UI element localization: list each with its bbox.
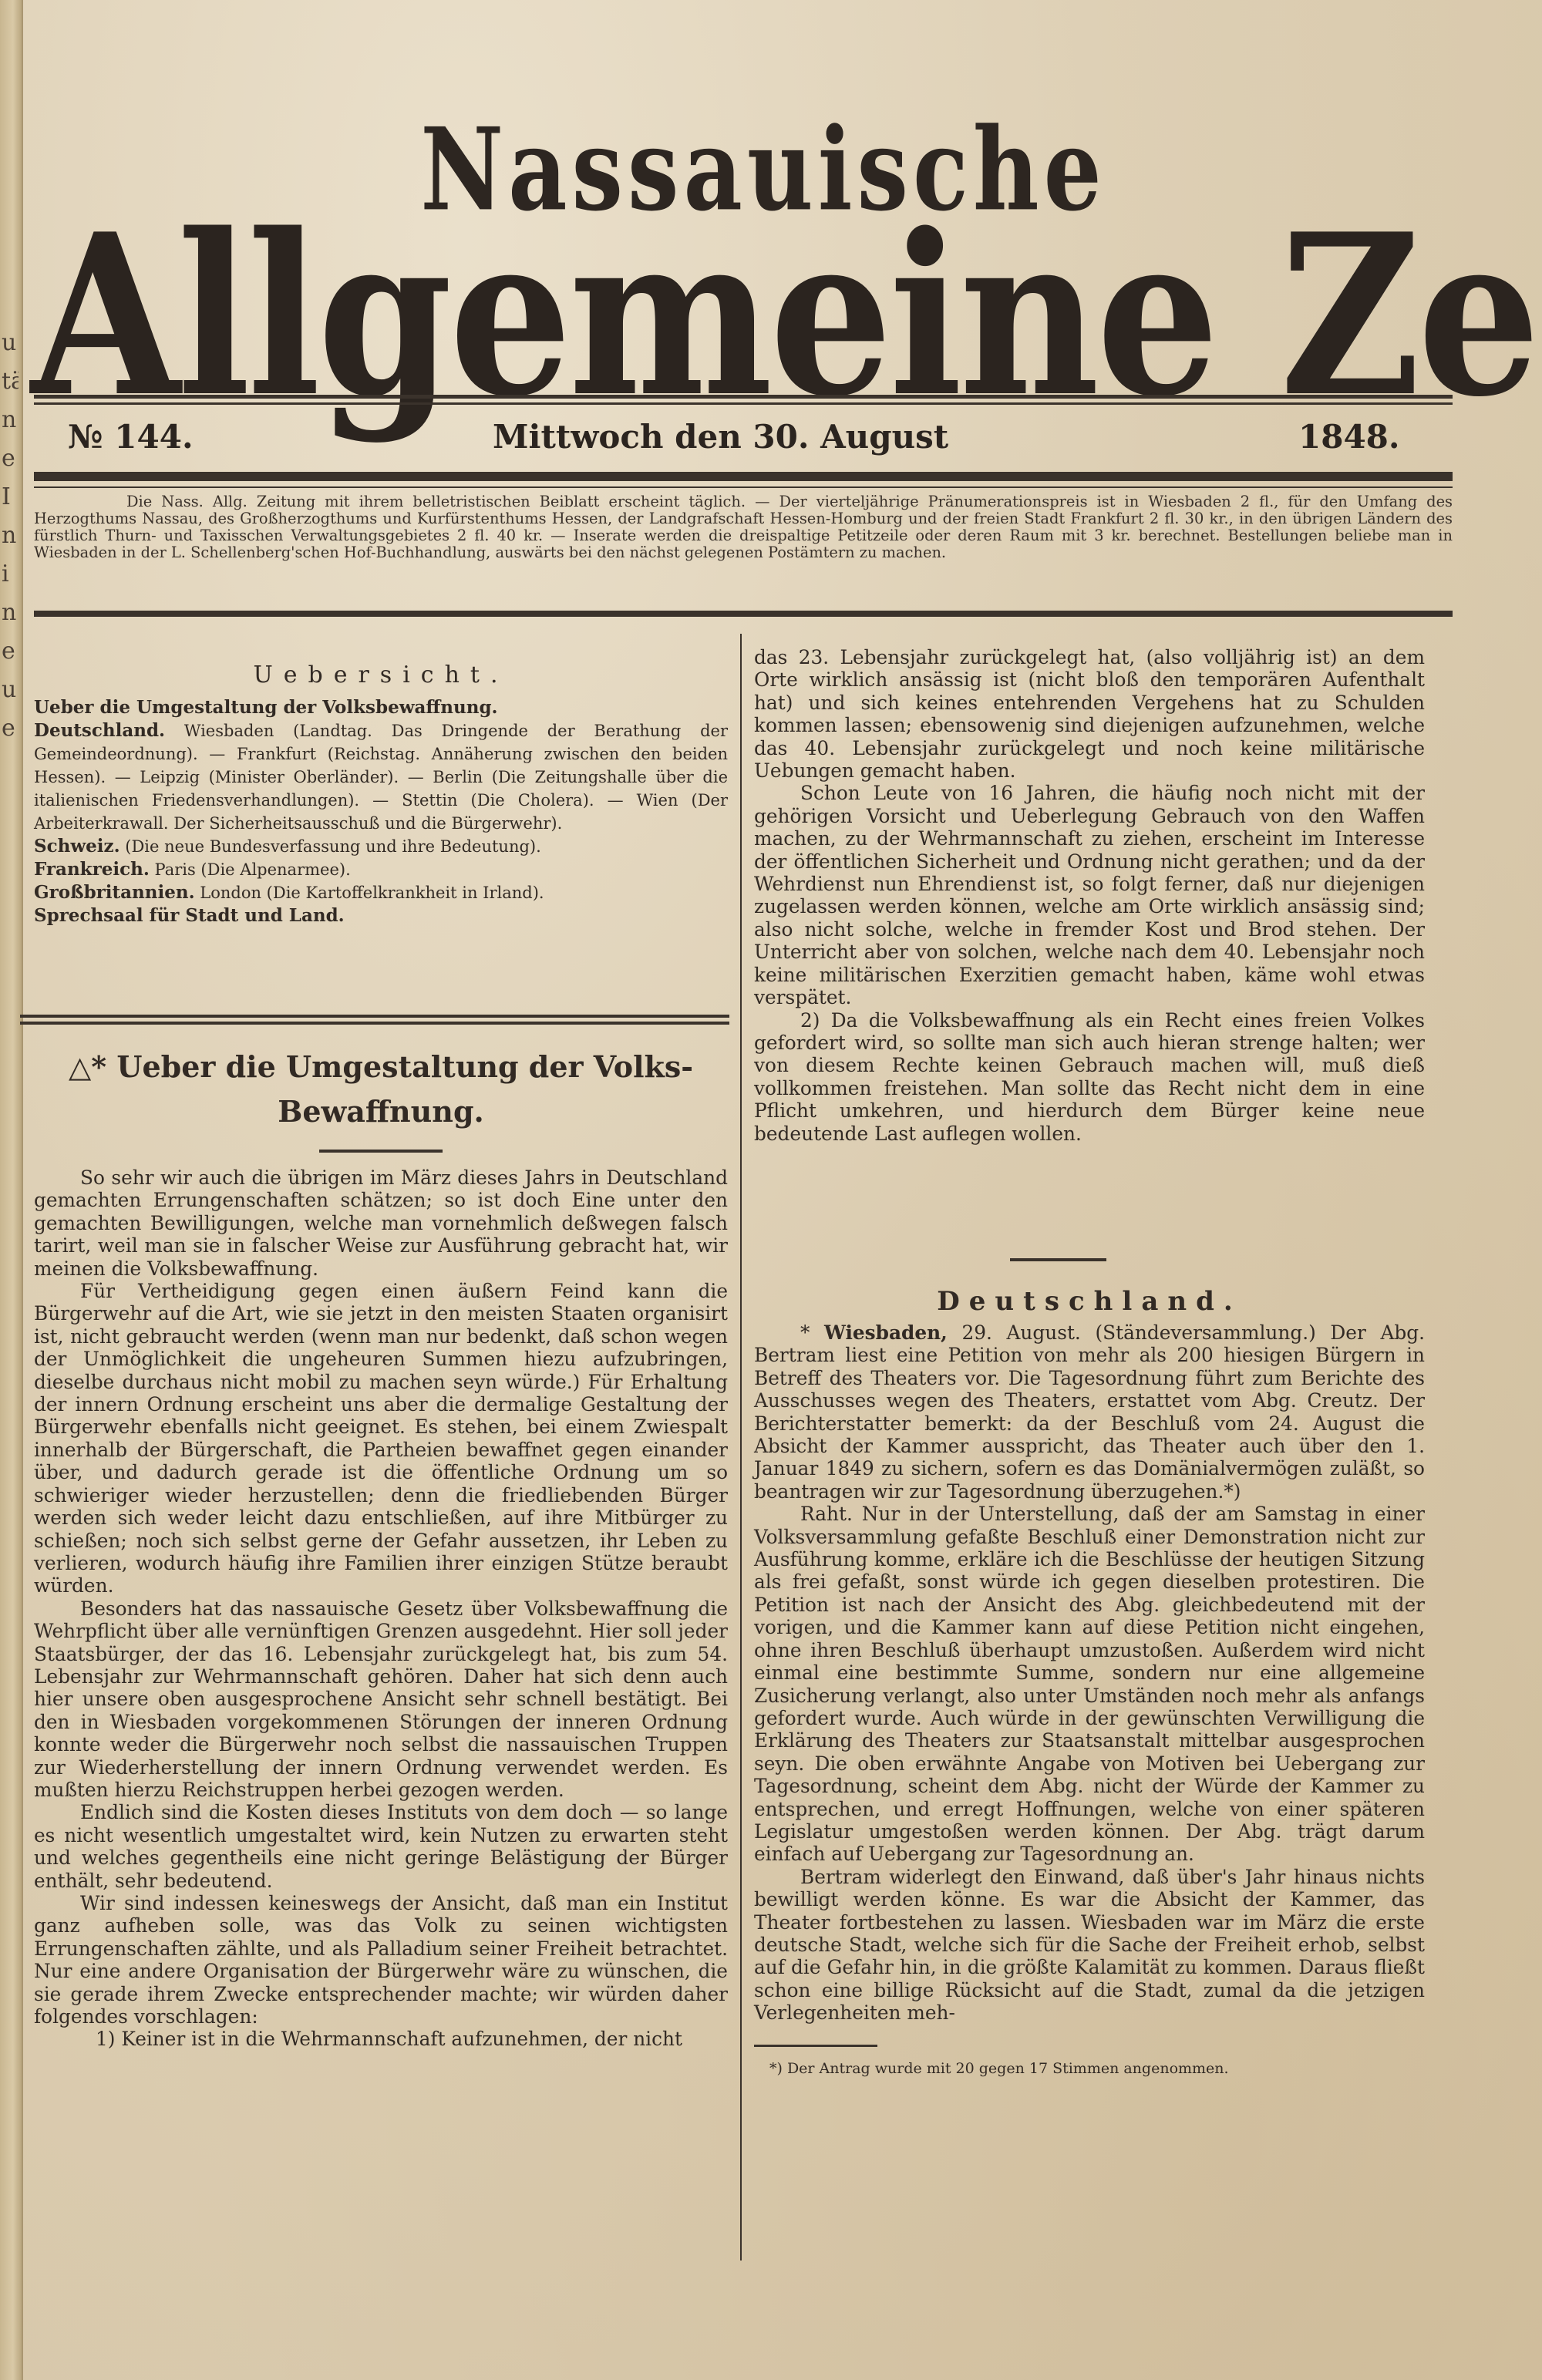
overview-item: Schweiz. (Die neue Bundesverfassung und … [34,835,728,858]
issue-rule-thick [34,472,1453,481]
footnote-rule [754,2045,877,2047]
article-paragraph: 1) Keiner ist in die Wehrmannschaft aufz… [34,2028,728,2050]
overview-item: Sprechsaal für Stadt und Land. [34,904,728,927]
news-paragraph: Bertram widerlegt den Einwand, daß über'… [754,1866,1425,2025]
issue-rule-thin [34,486,1453,488]
footnote: *) Der Antrag wurde mit 20 gegen 17 Stim… [754,2059,1425,2078]
news-paragraph: Raht. Nur in der Unterstellung, daß der … [754,1503,1425,1866]
continuation-end-rule [1010,1258,1106,1261]
article-title: △* Ueber die Umgestaltung der Volks-Bewa… [34,1045,728,1134]
overview-item: Großbritannien. London (Die Kartoffelkra… [34,881,728,904]
article-title-text: Ueber die Umgestaltung der Volks-Bewaffn… [116,1049,693,1129]
issue-line: № 144. Mittwoch den 30. August 1848. [34,418,1422,464]
article-paragraph: das 23. Lebensjahr zurückgelegt hat, (al… [754,646,1425,782]
overview-title: Uebersicht. [34,661,728,688]
article-paragraph: Schon Leute von 16 Jahren, die häufig no… [754,782,1425,1008]
section-title: Deutschland. [754,1286,1425,1317]
news-paragraph: * Wiesbaden, 29. August. (Ständeversamml… [754,1321,1425,1503]
article-paragraph: 2) Da die Volksbewaffnung als ein Recht … [754,1009,1425,1145]
article-paragraph: Besonders hat das nassauische Gesetz übe… [34,1597,728,1802]
column-divider [740,634,742,2260]
overview-box: Uebersicht. Ueber die Umgestaltung der V… [34,661,728,927]
issue-date: Mittwoch den 30. August [493,418,948,456]
overview-rule-bottom [20,1022,729,1025]
article-paragraph: Endlich sind die Kosten dieses Instituts… [34,1801,728,1892]
issue-year: 1848. [1298,418,1400,456]
triangle-marker-icon: △* [69,1049,106,1084]
lead-article: △* Ueber die Umgestaltung der Volks-Bewa… [34,1045,728,2051]
dateline-marker: * [800,1321,810,1344]
overview-item: Frankreich. Paris (Die Alpenarmee). [34,858,728,881]
article-body: So sehr wir auch die übrigen im März die… [34,1166,728,2051]
adjacent-page-text: u tä n e I n i n e u e [2,324,19,748]
overview-rule-top [20,1015,729,1018]
article-paragraph: Für Vertheidigung gegen einen äußern Fei… [34,1280,728,1597]
article-continuation: das 23. Lebensjahr zurückgelegt hat, (al… [754,646,1425,1145]
dateline-place: Wiesbaden, [824,1321,948,1344]
masthead-rule-top [34,395,1453,399]
news-section: Deutschland. * Wiesbaden, 29. August. (S… [754,1286,1425,2078]
overview-item: Ueber die Umgestaltung der Volksbewaffnu… [34,696,728,719]
masthead-rule-bottom [34,402,1453,405]
subscription-notice: Die Nass. Allg. Zeitung mit ihrem bellet… [34,493,1453,561]
subscription-notice-text: Die Nass. Allg. Zeitung mit ihrem bellet… [34,493,1453,561]
article-paragraph: Wir sind indessen keineswegs der Ansicht… [34,1892,728,2028]
overview-item: Deutschland. Wiesbaden (Landtag. Das Dri… [34,719,728,835]
article-paragraph: So sehr wir auch die übrigen im März die… [34,1166,728,1280]
notice-rule [34,611,1453,617]
dateline-date: 29. August. [961,1321,1080,1344]
adjacent-page-edge: u tä n e I n i n e u e [0,0,23,2380]
article-title-rule [319,1150,443,1153]
issue-number: № 144. [68,418,194,456]
masthead-title-main: Allgemeine Zeitung. [31,204,1457,426]
news-paragraph-text: (Ständeversammlung.) Der Abg. Bertram li… [754,1321,1425,1503]
